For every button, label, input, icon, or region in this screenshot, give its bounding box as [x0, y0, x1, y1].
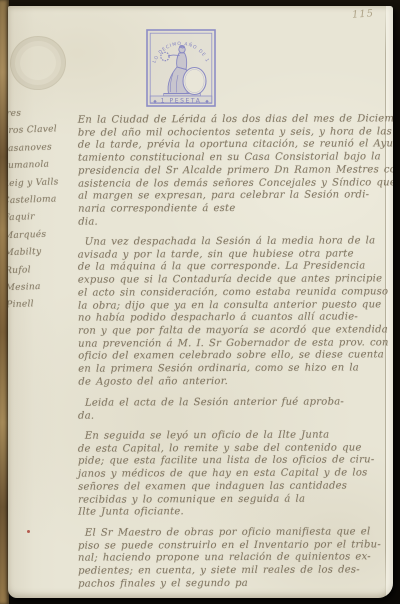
hand-line: el acto sin consideración, como estaba r…: [78, 286, 384, 300]
revenue-stamp: SELLO DECIMO AÑO DE 1875: [146, 29, 216, 107]
hand-line: tamiento constitucional en su Casa Consi…: [78, 151, 384, 165]
paragraph-minutes-approved: Leida el acta de la Sesión anterior fué …: [78, 396, 384, 423]
stamp-value-text: 1 PESETA: [161, 97, 202, 104]
paragraph-maestro-obras: El Sr Maestro de obras por oficio manifi…: [78, 526, 384, 591]
hand-line: En la Ciudad de Lérida á los dos dias de…: [78, 113, 384, 127]
hand-line: da.: [78, 409, 384, 423]
revenue-stamp-graphic: SELLO DECIMO AÑO DE 1875: [146, 29, 216, 107]
stamp-value-oval: [183, 68, 206, 95]
hand-line: de Agosto del año anterior.: [78, 375, 384, 389]
hand-line: señores del examen que indaguen las cant…: [78, 480, 384, 494]
hand-line: pedientes; en cuenta, y siete mil reales…: [78, 565, 384, 579]
hand-line: ron y que por falta de mayoría se acordó…: [78, 325, 384, 339]
scanned-document-photo: 115 SELLO DECIMO AÑO DE 1875: [0, 0, 400, 604]
hand-line: pachos finales y el segundo pa: [78, 577, 384, 591]
paragraph-session-opening: En la Ciudad de Lérida á los dos dias de…: [78, 113, 384, 229]
hand-line: en la primera Sesión ordinaria, como se …: [78, 363, 384, 377]
paragraph-session-account: Una vez despachada la Sesión á la media …: [78, 236, 385, 390]
margin-attendee-names: SresHros ClavelCasanovesFumanolaReig y V…: [8, 104, 79, 315]
manuscript-page: 115 SELLO DECIMO AÑO DE 1875: [8, 6, 393, 598]
hand-line: Pinell: [8, 295, 79, 315]
hand-line: Ilte Junta oficiante.: [78, 506, 384, 520]
hand-line: dia.: [78, 215, 384, 229]
hand-line: al margen se expresan, para celebrar la …: [78, 190, 384, 204]
hand-line: El Sr Maestro de obras por oficio manifi…: [85, 526, 384, 540]
hand-line: presidencia del Sr Alcalde primero Dn Ra…: [78, 164, 384, 178]
folio-number: 115: [352, 8, 375, 21]
embossed-seal: [8, 32, 69, 93]
ink-speck: [27, 530, 30, 533]
manuscript-body: En la Ciudad de Lérida á los dos dias de…: [78, 114, 384, 598]
paragraph-junta-oficio: En seguida se leyó un oficio de la Ilte …: [78, 430, 384, 520]
hand-line: Leida el acta de la Sesión anterior fué …: [85, 396, 384, 410]
